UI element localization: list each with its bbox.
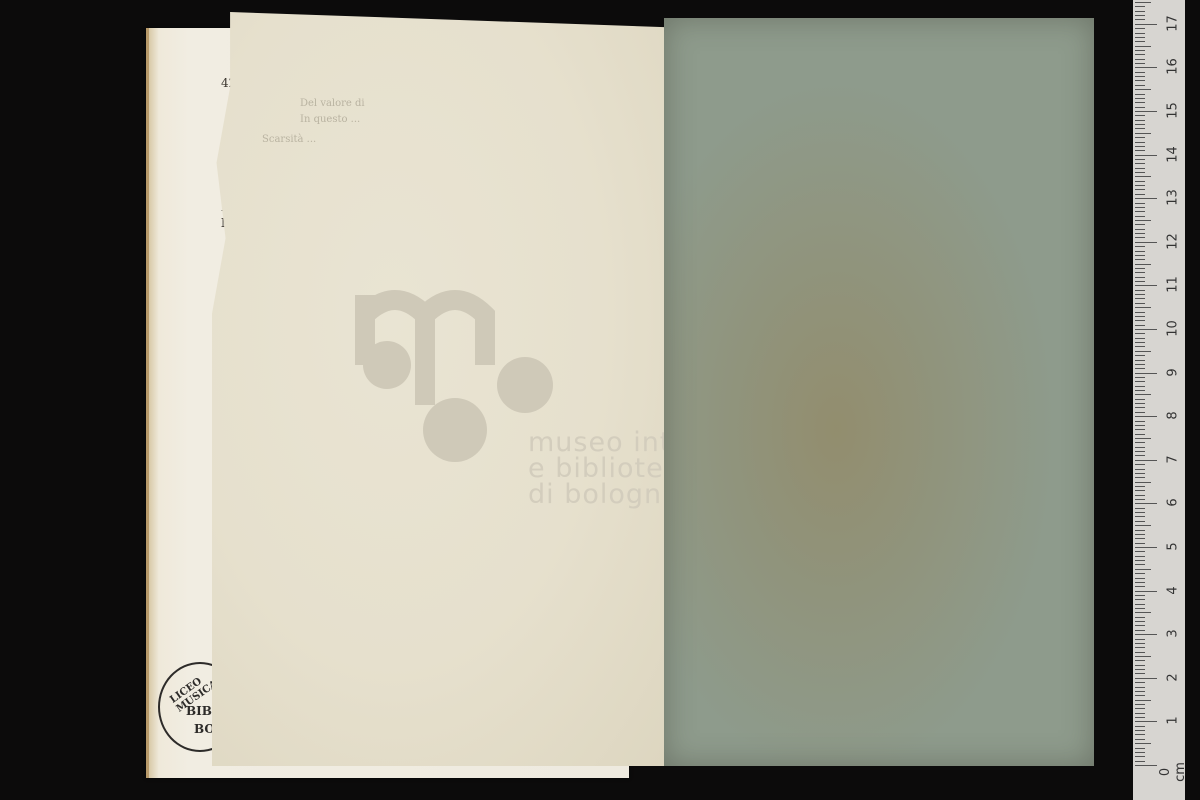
ruler-tick (1135, 233, 1145, 234)
ruler-tick (1135, 281, 1145, 282)
ruler-tick (1135, 604, 1145, 605)
ruler-tick (1135, 678, 1157, 679)
ruler-tick (1135, 360, 1145, 361)
ruler-tick (1135, 765, 1157, 766)
ruler-tick (1135, 547, 1157, 548)
ruler-tick (1135, 586, 1145, 587)
ruler-tick (1135, 290, 1145, 291)
ruler-tick (1135, 516, 1145, 517)
ruler-tick (1135, 255, 1145, 256)
ruler-tick (1135, 390, 1145, 391)
ruler-tick (1135, 512, 1145, 513)
ruler-tick (1135, 19, 1145, 20)
ruler-tick (1135, 320, 1145, 321)
ruler-tick (1135, 669, 1145, 670)
ruler-tick (1135, 551, 1145, 552)
ruler-tick (1135, 538, 1145, 539)
ruler-tick (1135, 102, 1145, 103)
ruler-tick (1135, 752, 1145, 753)
ruler-tick (1135, 673, 1145, 674)
ruler-label: 2 (1166, 665, 1181, 689)
ruler-tick (1135, 46, 1151, 47)
ruler-tick (1135, 133, 1151, 134)
ruler-tick (1135, 368, 1145, 369)
ruler-tick (1135, 608, 1145, 609)
ruler-label: 14 (1166, 142, 1181, 166)
ruler-tick (1135, 159, 1145, 160)
ruler-tick (1135, 739, 1145, 740)
ruler-tick (1135, 438, 1151, 439)
ruler-tick (1135, 656, 1151, 657)
ruler-tick (1135, 41, 1145, 42)
ruler-tick (1135, 377, 1145, 378)
ruler-tick (1135, 89, 1151, 90)
ruler-tick (1135, 259, 1145, 260)
ruler-tick (1135, 373, 1157, 374)
ruler-tick (1135, 530, 1145, 531)
ruler-tick (1135, 721, 1157, 722)
ruler-tick (1135, 80, 1145, 81)
ruler-tick (1135, 394, 1151, 395)
ruler-tick (1135, 525, 1151, 526)
ruler-tick (1135, 490, 1145, 491)
ruler-tick (1135, 761, 1145, 762)
ruler-label: 1 (1166, 709, 1181, 733)
ruler-label: 9 (1166, 360, 1181, 384)
ruler-tick (1135, 307, 1151, 308)
ruler-tick (1135, 54, 1145, 55)
ruler-label: 0 cm (1158, 760, 1188, 784)
ruler-label: 13 (1166, 186, 1181, 210)
ruler-tick (1135, 726, 1145, 727)
ruler-tick (1135, 264, 1151, 265)
ruler-tick (1135, 560, 1145, 561)
ruler-tick (1135, 460, 1157, 461)
ruler-label: 16 (1166, 55, 1181, 79)
measuring-ruler: 0 cm1234567891011121314151617 (1133, 0, 1185, 800)
ruler-tick (1135, 748, 1145, 749)
ruler-label: 12 (1166, 229, 1181, 253)
ruler-tick (1135, 595, 1145, 596)
ruler-tick (1135, 67, 1157, 68)
ruler-label: 11 (1166, 273, 1181, 297)
ruler-tick (1135, 469, 1145, 470)
ruler-tick (1135, 346, 1145, 347)
ruler-tick (1135, 33, 1145, 34)
ruler-tick (1135, 163, 1145, 164)
ruler-tick (1135, 277, 1145, 278)
ruler-tick (1135, 98, 1145, 99)
ruler-tick (1135, 582, 1145, 583)
ruler-tick (1135, 486, 1145, 487)
ruler-tick (1135, 451, 1145, 452)
ruler-tick (1135, 416, 1157, 417)
ruler-tick (1135, 599, 1145, 600)
ruler-tick (1135, 464, 1145, 465)
ruler-tick (1135, 386, 1145, 387)
ruler-tick (1135, 700, 1151, 701)
ruler-tick (1135, 6, 1145, 7)
ruler-tick (1135, 294, 1145, 295)
faint-text-line: Del valore di (300, 98, 365, 109)
ruler-tick (1135, 381, 1145, 382)
ruler-tick (1135, 37, 1145, 38)
ruler-tick (1135, 425, 1145, 426)
ruler-tick (1135, 15, 1145, 16)
ruler-tick (1135, 168, 1145, 169)
ruler-tick (1135, 194, 1145, 195)
ruler-label: 10 (1166, 317, 1181, 341)
ruler-tick (1135, 237, 1145, 238)
ruler-tick (1135, 612, 1151, 613)
ruler-tick (1135, 329, 1157, 330)
ruler-tick (1135, 521, 1145, 522)
ruler-tick (1135, 652, 1145, 653)
faint-text-line: In questo ... (300, 114, 360, 125)
ruler-tick (1135, 556, 1145, 557)
ruler-tick (1135, 355, 1145, 356)
ruler-tick (1135, 176, 1151, 177)
ruler-tick (1135, 28, 1145, 29)
ruler-tick (1135, 172, 1145, 173)
ruler-label: 17 (1166, 11, 1181, 35)
ruler-tick (1135, 342, 1145, 343)
ruler-tick (1135, 150, 1145, 151)
ruler-tick (1135, 407, 1145, 408)
ruler-label: 4 (1166, 578, 1181, 602)
ruler-label: 8 (1166, 404, 1181, 428)
ruler-tick (1135, 312, 1145, 313)
ruler-tick (1135, 146, 1145, 147)
ruler-tick (1135, 216, 1145, 217)
ruler-tick (1135, 24, 1157, 25)
ruler-tick (1135, 185, 1145, 186)
ruler-tick (1135, 643, 1145, 644)
ruler-tick (1135, 94, 1145, 95)
ruler-tick (1135, 534, 1145, 535)
ruler-tick (1135, 495, 1145, 496)
ruler-label: 7 (1166, 447, 1181, 471)
ruler-tick (1135, 207, 1145, 208)
ruler-tick (1135, 447, 1145, 448)
ruler-label: 3 (1166, 622, 1181, 646)
ruler-tick (1135, 660, 1145, 661)
ruler-tick (1135, 421, 1145, 422)
ruler-tick (1135, 128, 1145, 129)
ruler-tick (1135, 647, 1145, 648)
ruler-tick (1135, 142, 1145, 143)
ruler-tick (1135, 120, 1145, 121)
ruler-tick (1135, 364, 1145, 365)
ruler-tick (1135, 224, 1145, 225)
ruler-tick (1135, 704, 1145, 705)
ruler-label: 5 (1166, 535, 1181, 559)
ruler-tick (1135, 743, 1151, 744)
scan-scene: 42 M F M I I ( LICEO MUSICALE BIBL BO De… (0, 0, 1200, 800)
ruler-tick (1135, 242, 1157, 243)
ruler-tick (1135, 630, 1145, 631)
ruler-tick (1135, 11, 1145, 12)
ruler-tick (1135, 229, 1145, 230)
ruler-tick (1135, 220, 1151, 221)
ruler-tick (1135, 564, 1145, 565)
ruler-tick (1135, 434, 1145, 435)
ruler-tick (1135, 695, 1145, 696)
ruler-tick (1135, 246, 1145, 247)
ruler-tick (1135, 316, 1145, 317)
ruler-tick (1135, 268, 1145, 269)
ruler-tick (1135, 85, 1145, 86)
ruler-tick (1135, 717, 1145, 718)
ruler-tick (1135, 625, 1145, 626)
ruler-tick (1135, 591, 1157, 592)
ruler-tick (1135, 756, 1145, 757)
ruler-tick (1135, 303, 1145, 304)
ruler-tick (1135, 50, 1145, 51)
stamp-bottom-text: BO (194, 722, 215, 736)
faint-text-line: Scarsità ... (262, 134, 316, 145)
ruler-tick (1135, 634, 1157, 635)
ruler-tick (1135, 189, 1145, 190)
ruler-tick (1135, 285, 1157, 286)
ruler-tick (1135, 691, 1145, 692)
ruler-tick (1135, 665, 1145, 666)
ruler-tick (1135, 198, 1157, 199)
ruler-tick (1135, 473, 1145, 474)
ruler-tick (1135, 124, 1145, 125)
ruler-tick (1135, 621, 1145, 622)
ruler-tick (1135, 508, 1145, 509)
ruler-tick (1135, 482, 1151, 483)
ruler-label: 6 (1166, 491, 1181, 515)
ruler-tick (1135, 325, 1145, 326)
ruler-tick (1135, 272, 1145, 273)
ruler-tick (1135, 734, 1145, 735)
ruler-tick (1135, 713, 1145, 714)
ruler-tick (1135, 412, 1145, 413)
ruler-tick (1135, 573, 1145, 574)
ruler-tick (1135, 76, 1145, 77)
ruler-tick (1135, 429, 1145, 430)
ruler-tick (1135, 499, 1145, 500)
ruler-tick (1135, 543, 1145, 544)
ruler-tick (1135, 137, 1145, 138)
ruler-tick (1135, 181, 1145, 182)
ruler-tick (1135, 578, 1145, 579)
ruler-tick (1135, 107, 1145, 108)
ruler-tick (1135, 111, 1157, 112)
ruler-tick (1135, 682, 1145, 683)
ruler-tick (1135, 403, 1145, 404)
ruler-tick (1135, 338, 1145, 339)
ruler-tick (1135, 569, 1151, 570)
ruler-tick (1135, 2, 1151, 3)
ruler-tick (1135, 455, 1145, 456)
ruler-tick (1135, 203, 1145, 204)
ruler-tick (1135, 155, 1157, 156)
ruler-tick (1135, 442, 1145, 443)
ruler-tick (1135, 72, 1145, 73)
ruler-tick (1135, 708, 1145, 709)
ruler-label: 15 (1166, 99, 1181, 123)
ruler-tick (1135, 730, 1145, 731)
ruler-tick (1135, 333, 1145, 334)
ruler-tick (1135, 351, 1151, 352)
ruler-tick (1135, 687, 1145, 688)
ruler-tick (1135, 399, 1145, 400)
ruler-tick (1135, 59, 1145, 60)
ruler-tick (1135, 617, 1145, 618)
ruler-tick (1135, 477, 1145, 478)
ruler-tick (1135, 298, 1145, 299)
paper-cover (664, 18, 1094, 766)
ruler-tick (1135, 251, 1145, 252)
ruler-tick (1135, 639, 1145, 640)
ruler-tick (1135, 115, 1145, 116)
ruler-tick (1135, 63, 1145, 64)
ruler-tick (1135, 503, 1157, 504)
ruler-tick (1135, 211, 1145, 212)
